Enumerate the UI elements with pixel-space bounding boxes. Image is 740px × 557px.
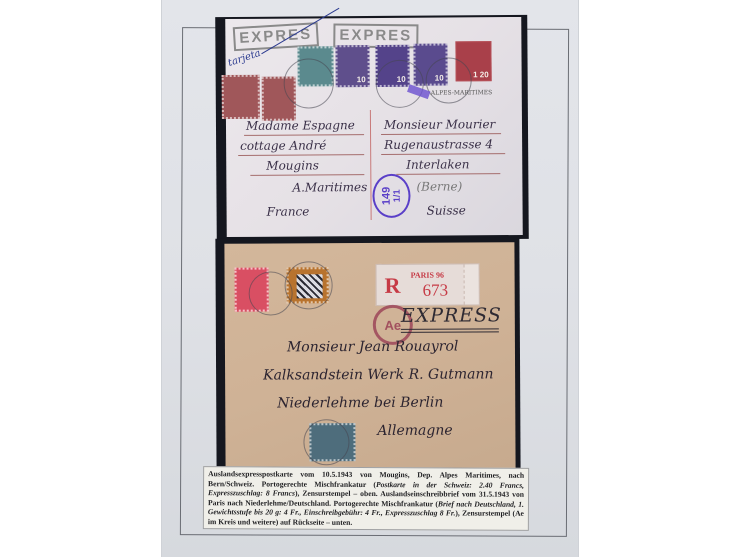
recipient-line-1: Monsieur Mourier (384, 117, 495, 132)
registration-office: PARIS 96 (411, 271, 444, 280)
address-divider (370, 110, 372, 220)
caption-text: Auslandsexpresspostkarte vom 10.5.1943 v… (208, 469, 524, 528)
postmark-bottom-3 (303, 419, 349, 465)
registered-envelope: R PARIS 96 673 Ae EXPRESS Monsieur Jean … (224, 242, 515, 471)
express-underline-1 (401, 328, 499, 330)
postmark-3 (426, 57, 472, 103)
registration-letter: R (385, 273, 401, 299)
censor-stamp-149: 1491/1 (372, 174, 410, 218)
postmark-text: ALPES-MARITIMES (431, 89, 493, 96)
express-handwritten: EXPRESS (401, 304, 502, 327)
ruled-line (250, 174, 364, 176)
sender-line-1: Madame Espagne (246, 118, 355, 133)
ruled-line (381, 153, 505, 155)
envelope-recipient-line-1: Monsieur Jean Rouayrol (287, 339, 459, 356)
envelope-recipient-line-4: Allemagne (377, 423, 452, 439)
postmark-2 (376, 60, 424, 108)
postmark-1 (284, 58, 334, 108)
sender-line-5: France (267, 204, 310, 218)
recipient-line-2: Rugenaustrasse 4 (384, 137, 493, 152)
sender-line-3: Mougins (266, 158, 319, 172)
ruled-line (396, 173, 500, 175)
recipient-line-5: Suisse (427, 203, 466, 217)
ruled-line (381, 133, 501, 135)
registration-number: 673 (423, 281, 449, 301)
ruled-line (244, 134, 364, 136)
recipient-line-4: (Berne) (416, 179, 462, 193)
handwritten-note: tarjeta (227, 48, 263, 69)
ruled-line (238, 154, 364, 156)
postmark-bottom-2 (285, 261, 333, 309)
express-postcard: EXPRES EXPRES tarjeta 10 10 10 1 20 ALPE… (225, 17, 523, 237)
stamp-petain-1 (222, 75, 260, 119)
stamp-mercury-1: 10 (335, 45, 369, 87)
sender-line-2: cottage André (240, 138, 326, 153)
registration-label: R PARIS 96 673 (376, 263, 480, 306)
envelope-recipient-line-3: Niederlehme bei Berlin (277, 395, 443, 412)
description-caption: Auslandsexpresspostkarte vom 10.5.1943 v… (203, 466, 529, 531)
sender-line-4: A.Maritimes (292, 180, 367, 195)
registration-margin (464, 264, 479, 304)
express-underline-2 (401, 331, 499, 333)
recipient-line-3: Interlaken (406, 157, 469, 171)
censor-sub: 1/1 (391, 189, 401, 202)
envelope-recipient-line-2: Kalksandstein Werk R. Gutmann (263, 366, 493, 383)
